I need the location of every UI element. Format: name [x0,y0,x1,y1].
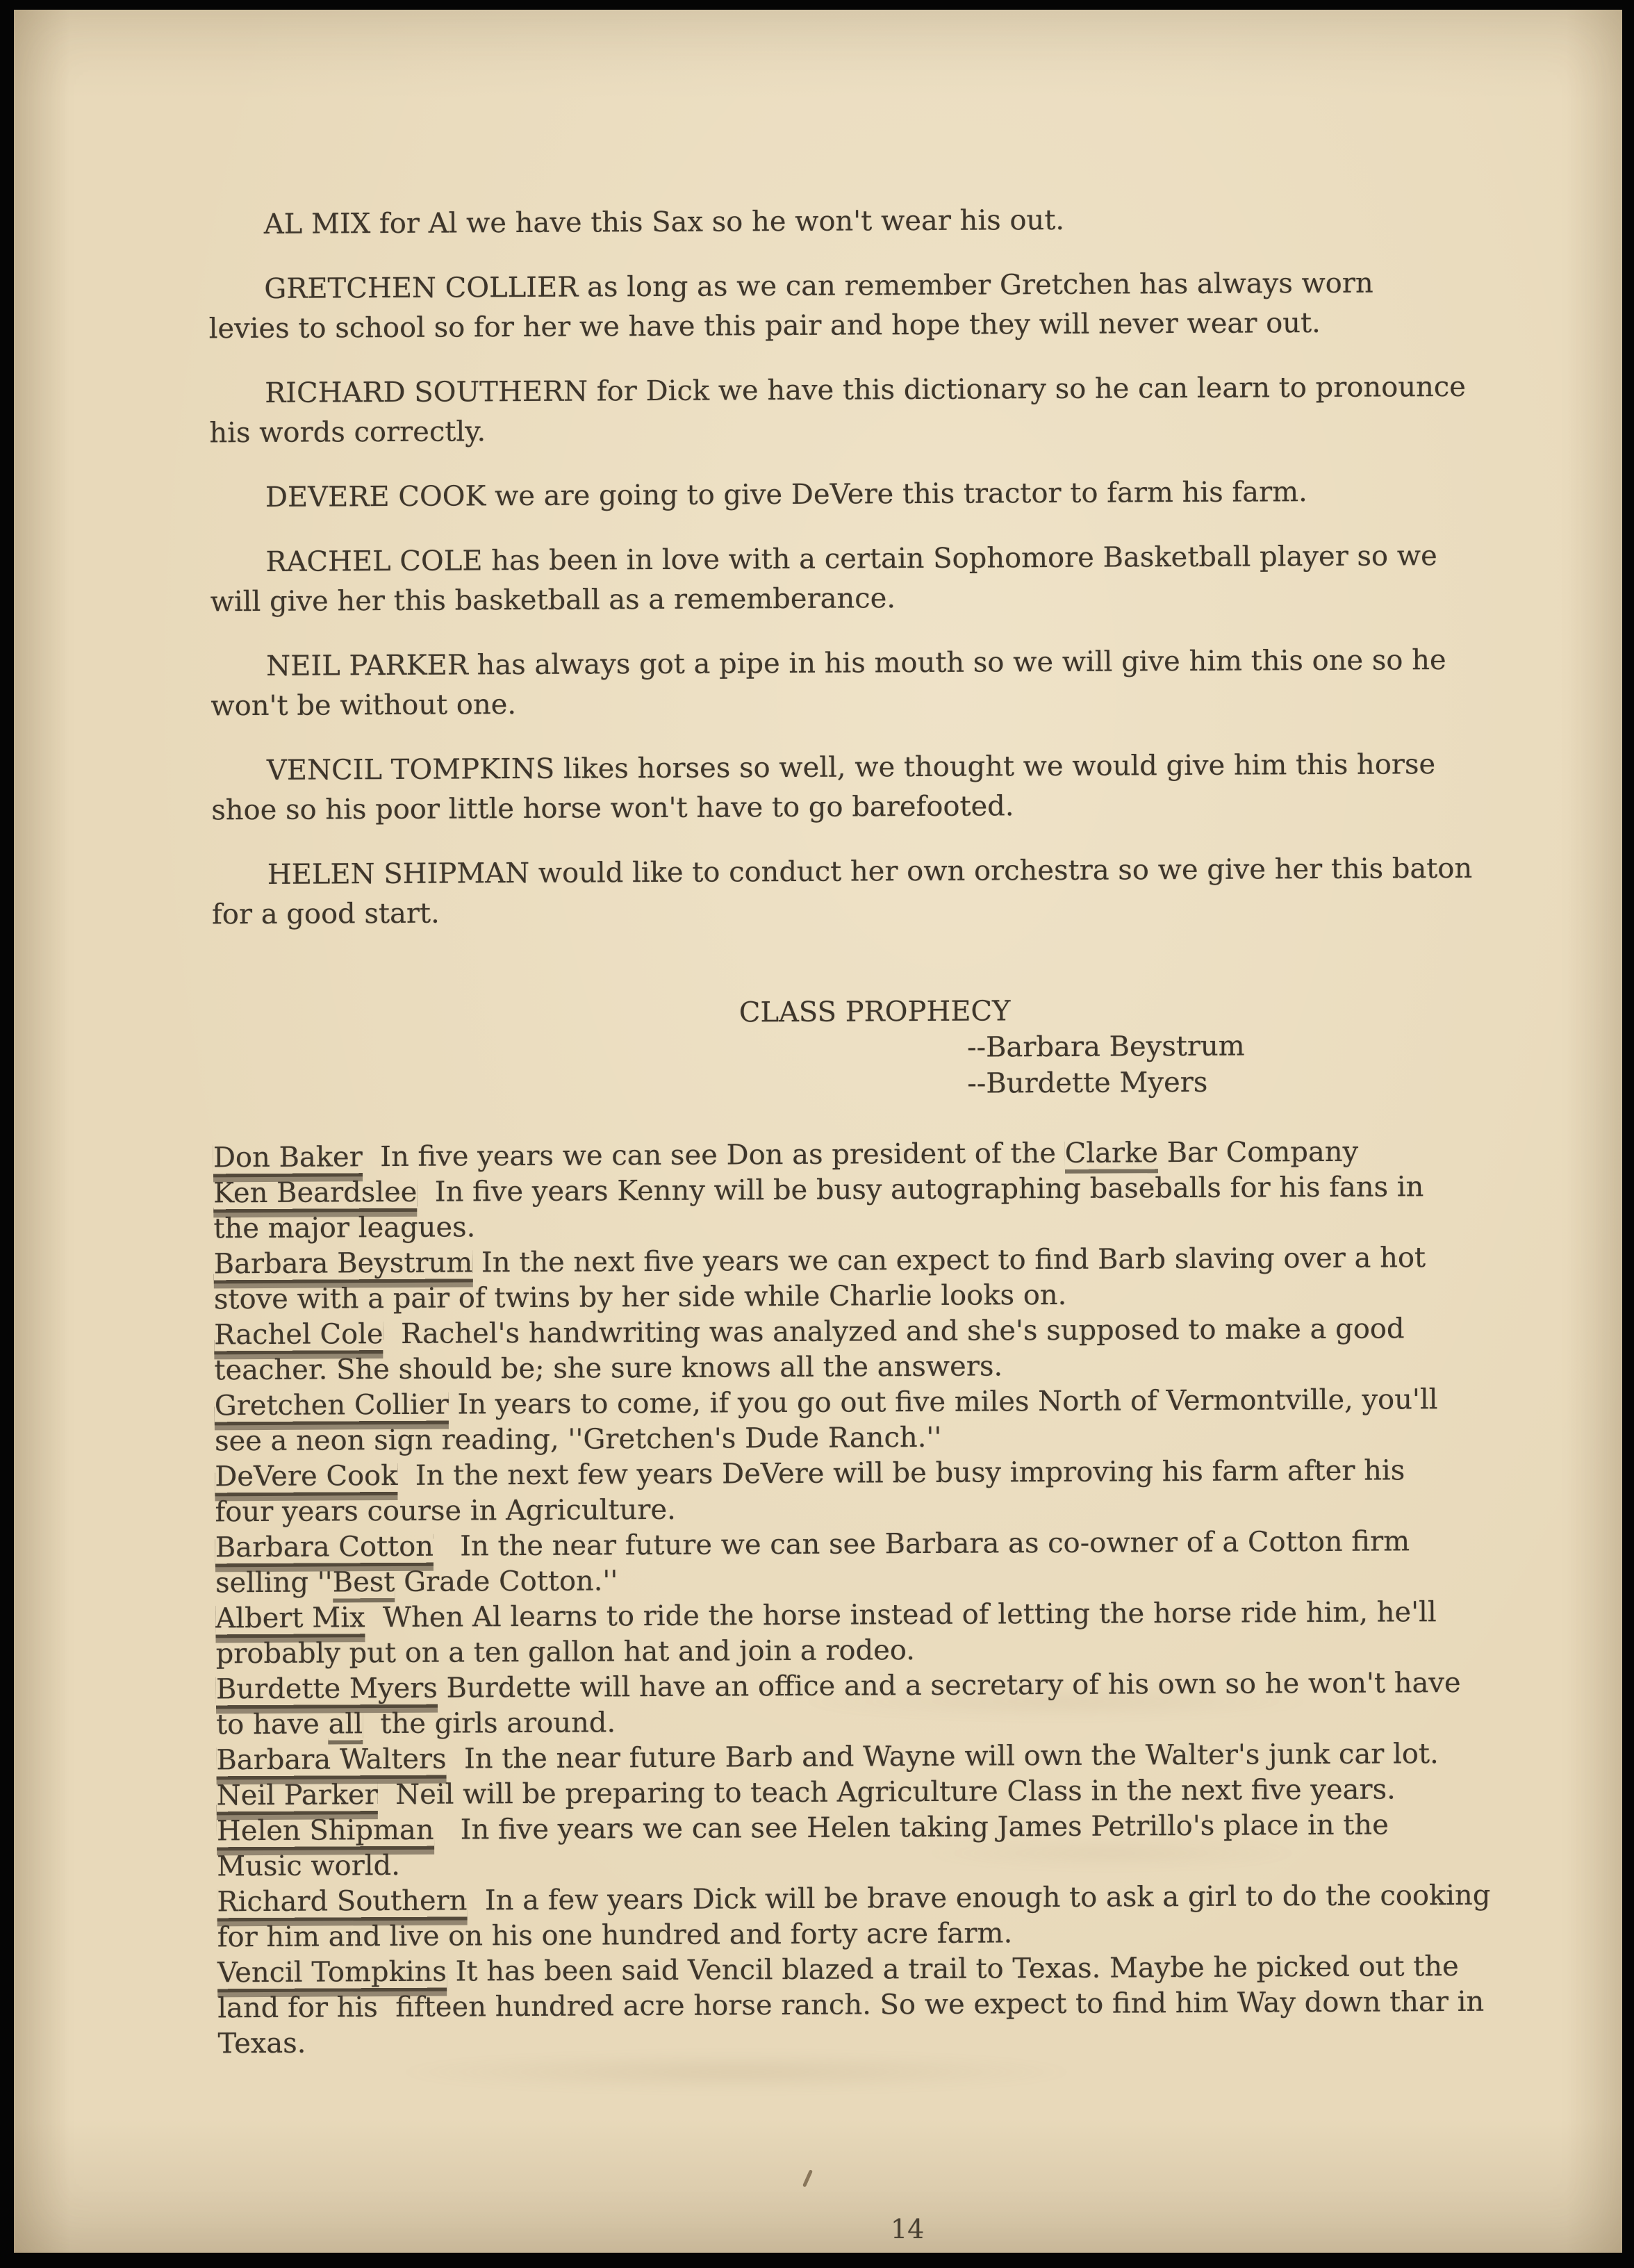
text-segment: to have [216,1708,329,1741]
text-segment: Neil will be preparing to teach Agricult… [378,1773,1396,1811]
text-line: NEIL PARKER has always got a pipe in his… [211,640,1558,687]
prophecy-entry: Rachel Cole Rachel's handwriting was ana… [214,1310,1562,1388]
gift-paragraph: RICHARD SOUTHERN for Dick we have this d… [209,367,1558,453]
text-segment: teacher. She should be; she sure knows a… [214,1350,1002,1386]
byline: --Barbara Beystrum [967,1026,1560,1065]
text-line: GRETCHEN COLLIER as long as we can remem… [208,263,1556,309]
text-line: Barbara Cotton In the near future we can… [215,1523,1563,1566]
text-line: Richard Southern In a few years Dick wil… [217,1877,1565,1920]
underlined-word: Best [333,1566,395,1598]
student-name: Barbara Beystrum [214,1247,473,1280]
byline-list: --Barbara Beystrum--Burdette Myers [967,1026,1561,1101]
student-name: DeVere Cook [215,1460,397,1493]
prophecy-entry: Ken Beardslee In five years Kenny will b… [213,1169,1562,1247]
gift-paragraph: HELEN SHIPMAN would like to conduct her … [212,848,1560,935]
text-segment: for him and live on his one hundred and … [217,1917,1013,1953]
student-name: Rachel Cole [214,1318,383,1351]
text-segment: Burdette will have an office and a secre… [438,1667,1461,1704]
text-line: Ken Beardslee In five years Kenny will b… [213,1169,1561,1211]
student-name: Ken Beardslee [213,1176,418,1210]
text-segment: Music world. [217,1850,400,1882]
page-content: AL MIX for Al we have this Sax so he won… [9,5,1629,2256]
gift-paragraph: DEVERE COOK we are going to give DeVere … [210,471,1558,518]
text-segment: probably put on a ten gallon hat and joi… [216,1634,916,1670]
text-segment: It has been said Vencil blazed a trail t… [447,1950,1459,1988]
text-segment: see a neon sign reading, ''Gretchen's Du… [215,1422,942,1457]
student-name: Burdette Myers [216,1673,438,1706]
byline: --Burdette Myers [967,1062,1560,1101]
gift-paragraph: AL MIX for Al we have this Sax so he won… [208,198,1556,245]
page-paper: AL MIX for Al we have this Sax so he won… [14,10,1622,2253]
prophecy-section: Don Baker In five years we can see Don a… [213,1133,1566,2062]
text-line: DeVere Cook In the next few years DeVere… [215,1452,1562,1495]
prophecy-entry: Gretchen Collier In years to come, if yo… [215,1381,1563,1459]
text-segment: Rachel's handwriting was analyzed and sh… [383,1313,1404,1350]
text-line: levies to school so for her we have this… [208,302,1556,349]
student-name: Helen Shipman [217,1814,434,1848]
gifts-section: AL MIX for Al we have this Sax so he won… [208,198,1560,935]
student-name: Barbara Walters [216,1743,446,1777]
underlined-word: all [329,1708,363,1740]
text-segment: land for his fifteen hundred acre horse … [217,1986,1484,2025]
text-segment: In five years we can see Don as presiden… [363,1137,1065,1173]
text-segment: Grade Cotton.'' [395,1565,618,1598]
prophecy-entry: Barbara Beystrum In the next five years … [214,1240,1562,1317]
gift-paragraph: RACHEL COLE has been in love with a cert… [210,536,1558,622]
student-name: Barbara Cotton [215,1531,434,1564]
text-line: Texas. [217,2019,1565,2062]
prophecy-entry: Burdette Myers Burdette will have an off… [216,1665,1565,1743]
text-line: Rachel Cole Rachel's handwriting was ana… [214,1310,1562,1353]
prophecy-entry: DeVere Cook In the next few years DeVere… [215,1452,1563,1530]
text-segment: four years course in Agriculture. [215,1494,675,1528]
section-title: CLASS PROPHECY [739,990,1560,1030]
text-segment: In the near future we can see Barbara as… [434,1525,1410,1562]
prophecy-entry: Barbara Cotton In the near future we can… [215,1523,1564,1601]
text-segment: In the next five years we can expect to … [472,1242,1426,1279]
student-name: Neil Parker [217,1779,378,1811]
gift-paragraph: NEIL PARKER has always got a pipe in his… [211,640,1559,726]
text-segment: the girls around. [363,1707,616,1740]
text-line: DEVERE COOK we are going to give DeVere … [210,471,1558,518]
text-segment: stove with a pair of twins by her side w… [214,1279,1067,1315]
prophecy-entry: Helen Shipman In five years we can see H… [217,1807,1565,1884]
text-line: shoe so his poor little horse won't have… [211,784,1559,830]
student-name: Vencil Tompkins [217,1956,447,1989]
text-segment: selling '' [215,1566,333,1599]
text-line: RACHEL COLE has been in love with a cert… [210,536,1558,582]
text-line: will give her this basketball as a remem… [211,575,1558,622]
text-line: won't be without one. [211,680,1558,726]
text-line: VENCIL TOMPKINS likes horses so well, we… [211,744,1559,791]
student-name: Albert Mix [215,1602,365,1634]
text-line: RICHARD SOUTHERN for Dick we have this d… [209,367,1557,413]
text-segment: In the next few years DeVere will be bus… [397,1454,1405,1492]
text-line: Barbara Beystrum In the next five years … [214,1240,1562,1282]
text-line: Albert Mix When Al learns to ride the ho… [215,1594,1563,1636]
text-segment: In five years we can see Helen taking Ja… [434,1809,1388,1846]
heading-block: CLASS PROPHECY --Barbara Beystrum--Burde… [213,990,1561,1106]
scanned-yearbook-page: { "page_number": "14", "gifts": [ { "lin… [0,0,1634,2268]
text-segment: In years to come, if you go out five mil… [449,1383,1438,1420]
student-name: Gretchen Collier [215,1389,449,1422]
text-line: AL MIX for Al we have this Sax so he won… [208,198,1556,245]
text-line: for a good start. [212,888,1560,935]
student-name: Don Baker [213,1141,363,1174]
text-segment: the major leagues. [213,1211,475,1244]
prophecy-entry: Albert Mix When Al learns to ride the ho… [215,1594,1564,1672]
gift-paragraph: GRETCHEN COLLIER as long as we can remem… [208,263,1557,349]
text-segment: When Al learns to ride the horse instead… [365,1596,1436,1634]
text-line: HELEN SHIPMAN would like to conduct her … [212,848,1560,895]
text-segment: In five years Kenny will be busy autogra… [417,1171,1423,1208]
text-segment: Texas. [217,2028,306,2060]
text-segment: In the near future Barb and Wayne will o… [446,1738,1438,1775]
text-line: his words correctly. [209,406,1557,453]
text-line: Gretchen Collier In years to come, if yo… [215,1381,1562,1424]
prophecy-entry: Richard Southern In a few years Dick wil… [217,1877,1565,1955]
underlined-word: Clarke [1065,1137,1159,1169]
prophecy-entry: Vencil Tompkins It has been said Vencil … [217,1948,1566,2062]
gift-paragraph: VENCIL TOMPKINS likes horses so well, we… [211,744,1560,830]
page-number: 14 [891,2214,924,2244]
text-line: Burdette Myers Burdette will have an off… [216,1665,1564,1707]
student-name: Richard Southern [217,1884,467,1918]
text-line: land for his fifteen hundred acre horse … [217,1984,1565,2026]
text-segment: Bar Company [1158,1136,1358,1169]
text-segment: In a few years Dick will be brave enough… [467,1880,1490,1917]
text-line: Helen Shipman In five years we can see H… [217,1807,1565,1849]
